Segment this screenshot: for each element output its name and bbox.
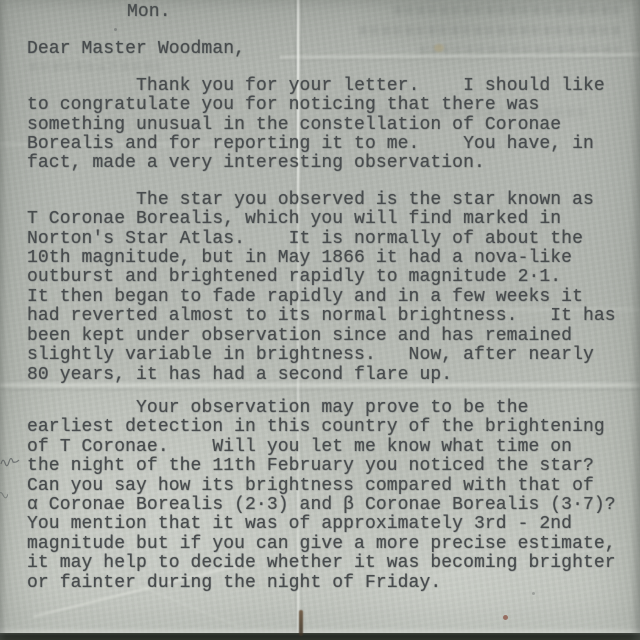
- letter-photo: Mon. Dear Master Woodman, Thank you for …: [0, 0, 640, 640]
- photo-vignette: [0, 0, 640, 640]
